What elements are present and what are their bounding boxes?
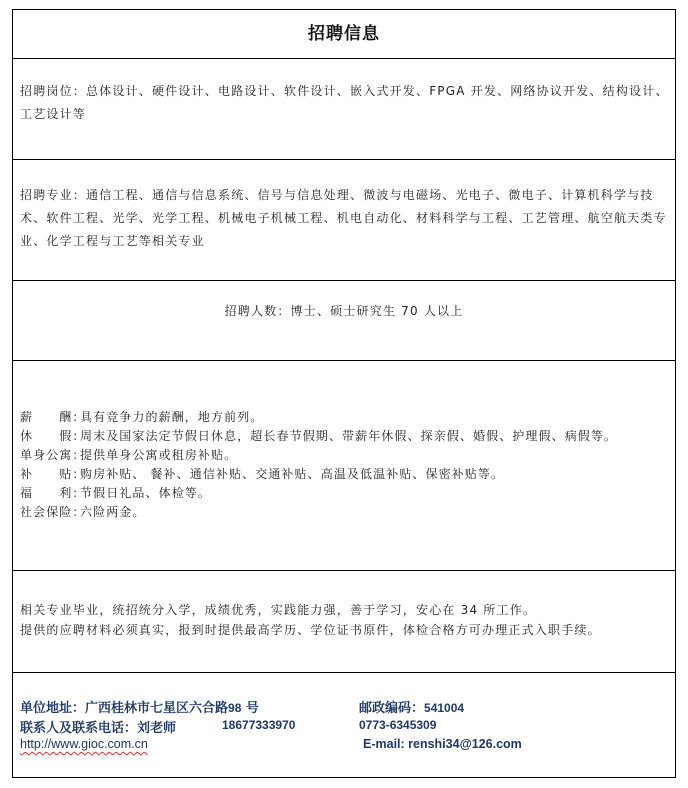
contact-person: 联系人及联系电话：刘老师 <box>20 721 176 736</box>
benefit-label: 福 利： <box>20 484 80 503</box>
recruitment-table: 招聘信息 招聘岗位：总体设计、硬件设计、电路设计、软件设计、嵌入式开发、FPGA… <box>12 9 676 778</box>
majors-row: 招聘专业：通信工程、通信与信息系统、信号与信息处理、微波与电磁场、光电子、微电子… <box>13 160 675 281</box>
requirements-row: 相关专业毕业，统招统分入学，成绩优秀，实践能力强，善于学习，安心在 34 所工作… <box>13 571 675 673</box>
benefit-value: 节假日礼品、体检等。 <box>80 484 211 503</box>
benefit-label: 社会保险： <box>20 503 80 522</box>
benefit-salary: 薪 酬： 具有竞争力的薪酬，地方前列。 <box>20 408 617 427</box>
benefits-row: 薪 酬： 具有竞争力的薪酬，地方前列。 休 假： 周末及国家法定节假日休息，超长… <box>13 361 675 571</box>
benefit-value: 周末及国家法定节假日休息，超长春节假期、带薪年休假、探亲假、婚假、护理假、病假等… <box>80 427 617 446</box>
majors-text: 招聘专业：通信工程、通信与信息系统、信号与信息处理、微波与电磁场、光电子、微电子… <box>20 184 669 253</box>
website-link[interactable]: http://www.gioc.com.cn <box>20 737 148 751</box>
mobile-number: 18677333970 <box>222 718 295 732</box>
benefit-allowance: 补 贴： 购房补贴、 餐补、通信补贴、交通补贴、高温及低温补贴、保密补贴等。 <box>20 465 617 484</box>
benefit-label: 休 假： <box>20 427 80 446</box>
email-address[interactable]: E-mail: renshi34@126.com <box>363 737 522 751</box>
benefit-value: 购房补贴、 餐补、通信补贴、交通补贴、高温及低温补贴、保密补贴等。 <box>80 465 504 484</box>
contact-row: 单位地址：广西桂林市七星区六合路98 号 邮政编码：541004 联系人及联系电… <box>13 673 675 779</box>
benefit-label: 补 贴： <box>20 465 80 484</box>
benefit-vacation: 休 假： 周末及国家法定节假日休息，超长春节假期、带薪年休假、探亲假、婚假、护理… <box>20 427 617 446</box>
benefit-value: 六险两金。 <box>80 503 146 522</box>
requirement-item: 相关专业毕业，统招统分入学，成绩优秀，实践能力强，善于学习，安心在 34 所工作… <box>20 600 669 620</box>
benefit-welfare: 福 利： 节假日礼品、体检等。 <box>20 484 617 503</box>
benefit-insurance: 社会保险： 六险两金。 <box>20 503 617 522</box>
positions-text: 招聘岗位：总体设计、硬件设计、电路设计、软件设计、嵌入式开发、FPGA 开发、网… <box>20 80 669 126</box>
address-number: 98 <box>228 701 241 715</box>
contact-person-line: 联系人及联系电话：刘老师 <box>20 717 176 736</box>
benefit-value: 提供单身公寓或租房补贴。 <box>80 446 237 465</box>
address-line: 单位地址：广西桂林市七星区六合路98 号 <box>20 697 259 716</box>
positions-row: 招聘岗位：总体设计、硬件设计、电路设计、软件设计、嵌入式开发、FPGA 开发、网… <box>13 59 675 160</box>
benefit-label: 薪 酬： <box>20 408 80 427</box>
page-title: 招聘信息 <box>13 10 675 59</box>
address-suffix: 号 <box>246 701 259 716</box>
title-row: 招聘信息 <box>13 10 675 59</box>
address-label: 单位地址： <box>20 701 85 716</box>
benefits-list: 薪 酬： 具有竞争力的薪酬，地方前列。 休 假： 周末及国家法定节假日休息，超长… <box>20 408 617 522</box>
requirements-list: 相关专业毕业，统招统分入学，成绩优秀，实践能力强，善于学习，安心在 34 所工作… <box>20 600 669 640</box>
postcode-value: 541004 <box>424 701 464 715</box>
benefit-label: 单身公寓： <box>20 446 80 465</box>
benefit-value: 具有竞争力的薪酬，地方前列。 <box>80 408 263 427</box>
postcode-line: 邮政编码：541004 <box>359 697 464 716</box>
benefit-apartment: 单身公寓： 提供单身公寓或租房补贴。 <box>20 446 617 465</box>
requirement-item: 提供的应聘材料必须真实，报到时提供最高学历、学位证书原件，体检合格方可办理正式入… <box>20 620 669 640</box>
postcode-label: 邮政编码： <box>359 701 424 716</box>
headcount-row: 招聘人数：博士、硕士研究生 70 人以上 <box>13 281 675 361</box>
address-value: 广西桂林市七星区六合路 <box>85 701 228 716</box>
headcount-text: 招聘人数：博士、硕士研究生 70 人以上 <box>13 300 675 323</box>
phone-number: 0773-6345309 <box>359 718 436 732</box>
